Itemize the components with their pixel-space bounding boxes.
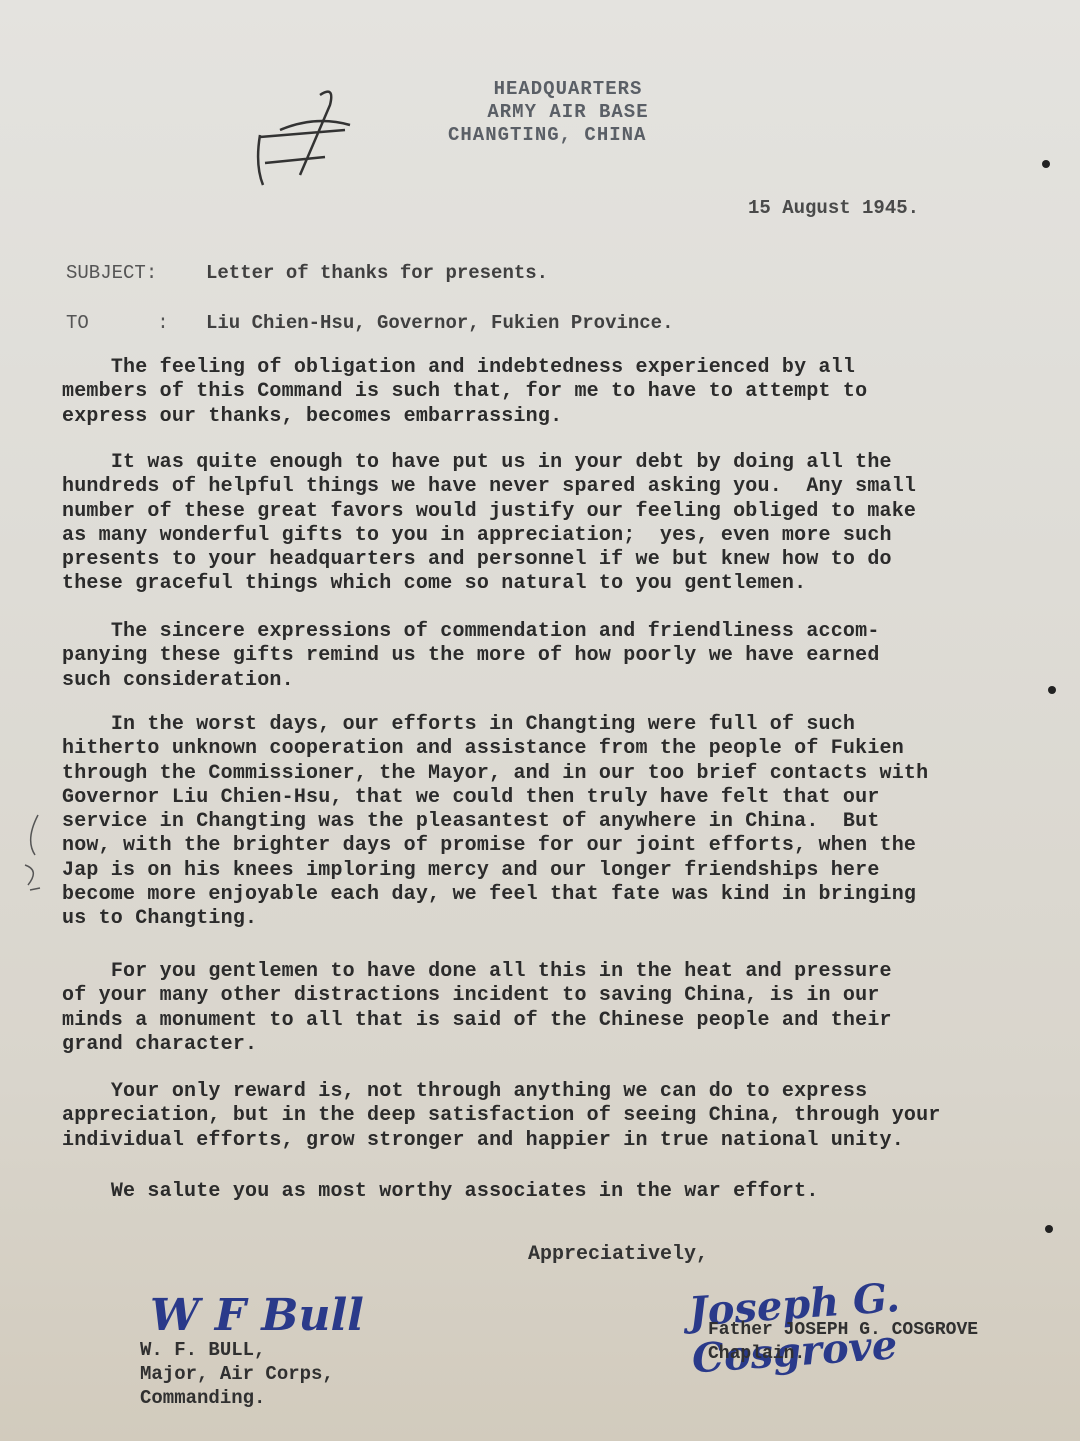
signature-bull: W F Bull (150, 1290, 364, 1341)
signatory-role: Commanding. (140, 1386, 334, 1410)
handwritten-mark-icon (225, 75, 375, 195)
letterhead-line: HEADQUARTERS (448, 78, 688, 101)
body-paragraph: The sincere expressions of commendation … (62, 620, 1062, 693)
signatory-name: W. F. BULL, (140, 1338, 334, 1362)
signature-block-right: Father JOSEPH G. COSGROVE Chaplain. (708, 1318, 978, 1366)
signature-block-left: W. F. BULL, Major, Air Corps, Commanding… (140, 1338, 334, 1410)
margin-pencil-mark-icon (20, 810, 50, 910)
letterhead-line: CHANGTING, CHINA (448, 124, 688, 147)
punch-dot (1045, 1225, 1053, 1233)
body-paragraph: The feeling of obligation and indebtedne… (62, 356, 1062, 429)
letter-date: 15 August 1945. (748, 197, 919, 219)
recipient-value: Liu Chien-Hsu, Governor, Fukien Province… (206, 312, 673, 334)
recipient-label: TO : (66, 312, 206, 334)
signatory-name: Father JOSEPH G. COSGROVE (708, 1318, 978, 1342)
letterhead: HEADQUARTERS ARMY AIR BASE CHANGTING, CH… (448, 78, 688, 147)
body-paragraph: Your only reward is, not through anythin… (62, 1080, 1062, 1153)
body-paragraph: It was quite enough to have put us in yo… (62, 451, 1062, 597)
subject-line: SUBJECT:Letter of thanks for presents. (66, 262, 548, 284)
letterhead-line: ARMY AIR BASE (448, 101, 688, 124)
body-paragraph: In the worst days, our efforts in Changt… (62, 713, 1062, 932)
body-paragraph: We salute you as most worthy associates … (62, 1180, 1062, 1204)
signatory-rank: Major, Air Corps, (140, 1362, 334, 1386)
subject-label: SUBJECT: (66, 262, 206, 284)
body-paragraph: For you gentlemen to have done all this … (62, 960, 1062, 1057)
recipient-line: TO :Liu Chien-Hsu, Governor, Fukien Prov… (66, 312, 673, 334)
signatory-role: Chaplain. (708, 1342, 978, 1366)
letter-page: HEADQUARTERS ARMY AIR BASE CHANGTING, CH… (0, 0, 1080, 1441)
punch-dot (1042, 160, 1050, 168)
closing: Appreciatively, (528, 1243, 708, 1266)
subject-value: Letter of thanks for presents. (206, 262, 548, 284)
